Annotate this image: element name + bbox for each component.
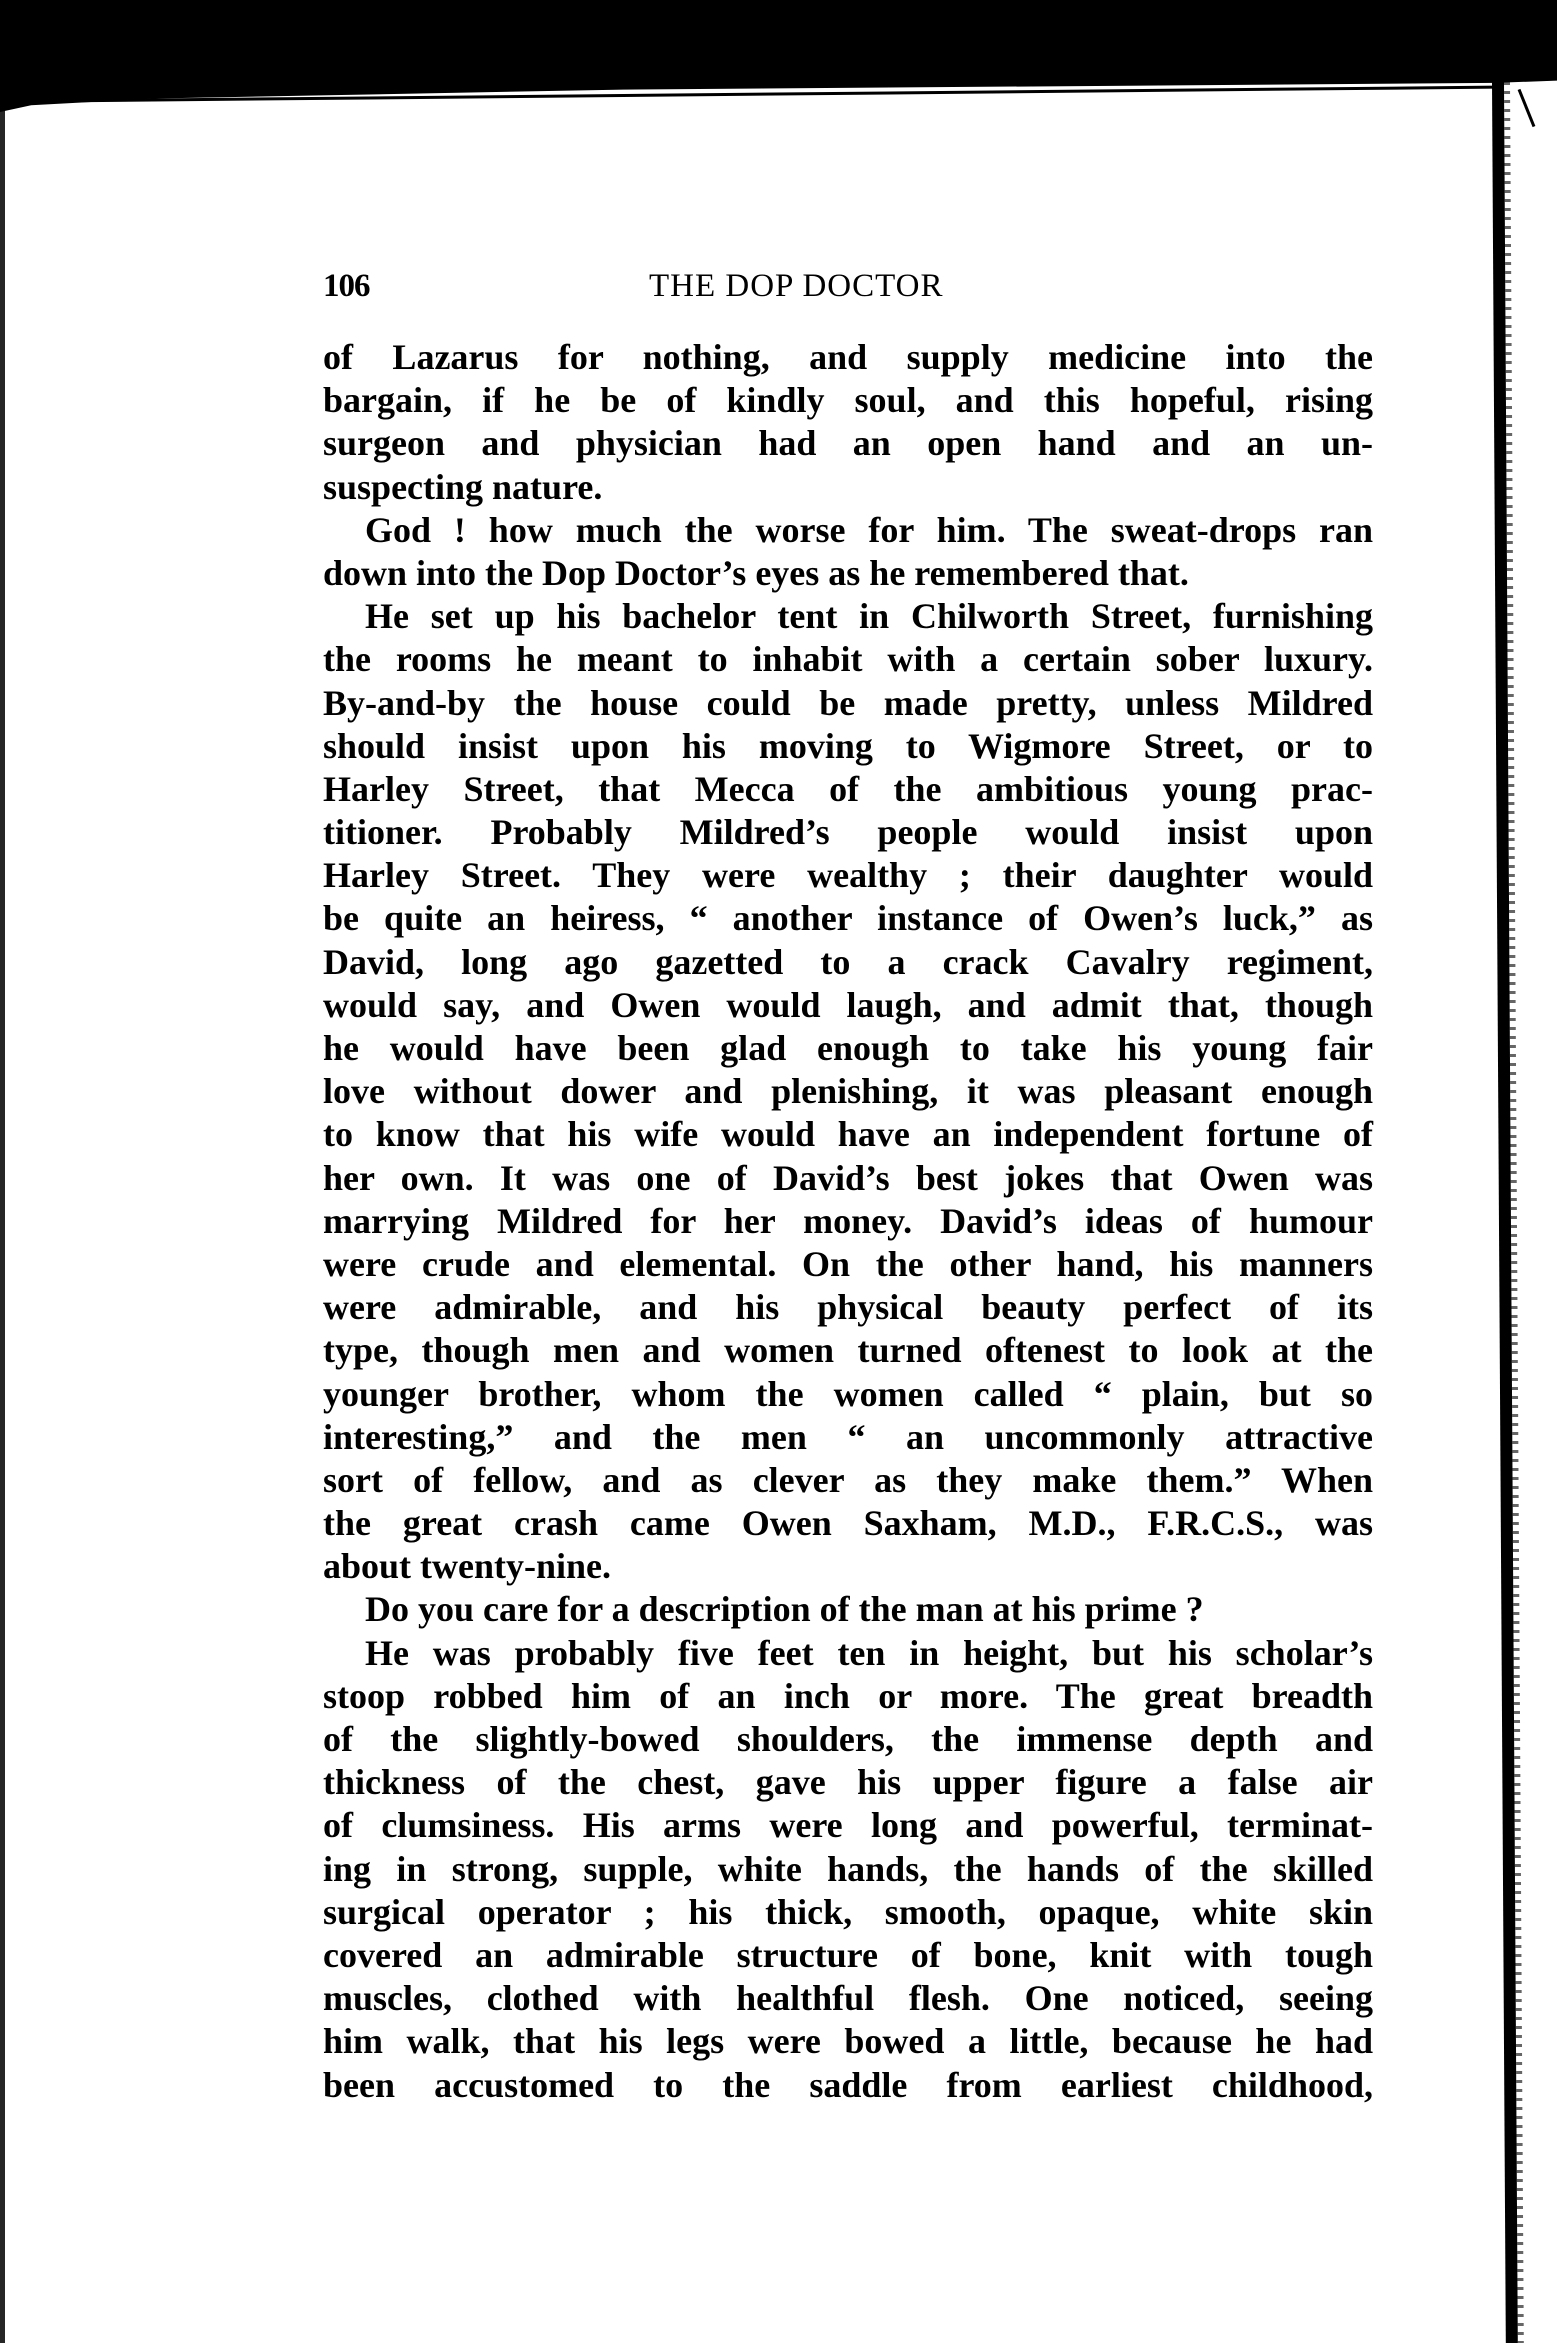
text-line: surgeon and physician had an open hand a… — [323, 422, 1373, 465]
text-line: to know that his wife would have an inde… — [323, 1113, 1373, 1156]
text-line: covered an admirable structure of bone, … — [323, 1934, 1373, 1977]
text-line: He set up his bachelor tent in Chilworth… — [323, 595, 1373, 638]
text-line: were admirable, and his physical beauty … — [323, 1286, 1373, 1329]
text-line: love without dower and plenishing, it wa… — [323, 1070, 1373, 1113]
text-line: type, though men and women turned oftene… — [323, 1329, 1373, 1372]
body-text: of Lazarus for nothing, and supply medic… — [323, 336, 1373, 2107]
text-line: By-and-by the house could be made pretty… — [323, 682, 1373, 725]
text-line: of clumsiness. His arms were long and po… — [323, 1804, 1373, 1847]
text-line: titioner. Probably Mildred’s people woul… — [323, 811, 1373, 854]
text-line: her own. It was one of David’s best joke… — [323, 1157, 1373, 1200]
text-line: He was probably five feet ten in height,… — [323, 1632, 1373, 1675]
running-title: THE DOP DOCTOR — [649, 268, 944, 305]
text-line: Do you care for a description of the man… — [323, 1588, 1373, 1631]
page-fold-mark — [1518, 89, 1536, 127]
text-line: him walk, that his legs were bowed a lit… — [323, 2020, 1373, 2063]
text-line: David, long ago gazetted to a crack Cava… — [323, 941, 1373, 984]
text-line: thickness of the chest, gave his upper f… — [323, 1761, 1373, 1804]
text-line: younger brother, whom the women called “… — [323, 1373, 1373, 1416]
text-line: about twenty-nine. — [323, 1545, 1373, 1588]
text-line: Harley Street, that Mecca of the ambitio… — [323, 768, 1373, 811]
text-line: he would have been glad enough to take h… — [323, 1027, 1373, 1070]
text-line: Harley Street. They were wealthy ; their… — [323, 854, 1373, 897]
text-line: of the slightly-bowed shoulders, the imm… — [323, 1718, 1373, 1761]
text-line: interesting,” and the men “ an uncommonl… — [323, 1416, 1373, 1459]
text-line: been accustomed to the saddle from earli… — [323, 2064, 1373, 2107]
text-line: marrying Mildred for her money. David’s … — [323, 1200, 1373, 1243]
text-line: sort of fellow, and as clever as they ma… — [323, 1459, 1373, 1502]
text-line: were crude and elemental. On the other h… — [323, 1243, 1373, 1286]
page-number: 106 — [323, 268, 370, 305]
page-left-edge — [0, 110, 5, 2343]
text-line: bargain, if he be of kindly soul, and th… — [323, 379, 1373, 422]
text-line: down into the Dop Doctor’s eyes as he re… — [323, 552, 1373, 595]
book-gutter-shadow — [1492, 82, 1518, 2343]
text-line: suspecting nature. — [323, 466, 1373, 509]
text-line: be quite an heiress, “ another instance … — [323, 897, 1373, 940]
text-line: God ! how much the worse for him. The sw… — [323, 509, 1373, 552]
text-line: the great crash came Owen Saxham, M.D., … — [323, 1502, 1373, 1545]
text-line: ing in strong, supple, white hands, the … — [323, 1848, 1373, 1891]
text-line: surgical operator ; his thick, smooth, o… — [323, 1891, 1373, 1934]
text-line: stoop robbed him of an inch or more. The… — [323, 1675, 1373, 1718]
text-line: of Lazarus for nothing, and supply medic… — [323, 336, 1373, 379]
text-line: the rooms he meant to inhabit with a cer… — [323, 638, 1373, 681]
text-line: would say, and Owen would laugh, and adm… — [323, 984, 1373, 1027]
page-header: 106 THE DOP DOCTOR — [323, 268, 1370, 308]
text-line: muscles, clothed with healthful flesh. O… — [323, 1977, 1373, 2020]
text-line: should insist upon his moving to Wigmore… — [323, 725, 1373, 768]
